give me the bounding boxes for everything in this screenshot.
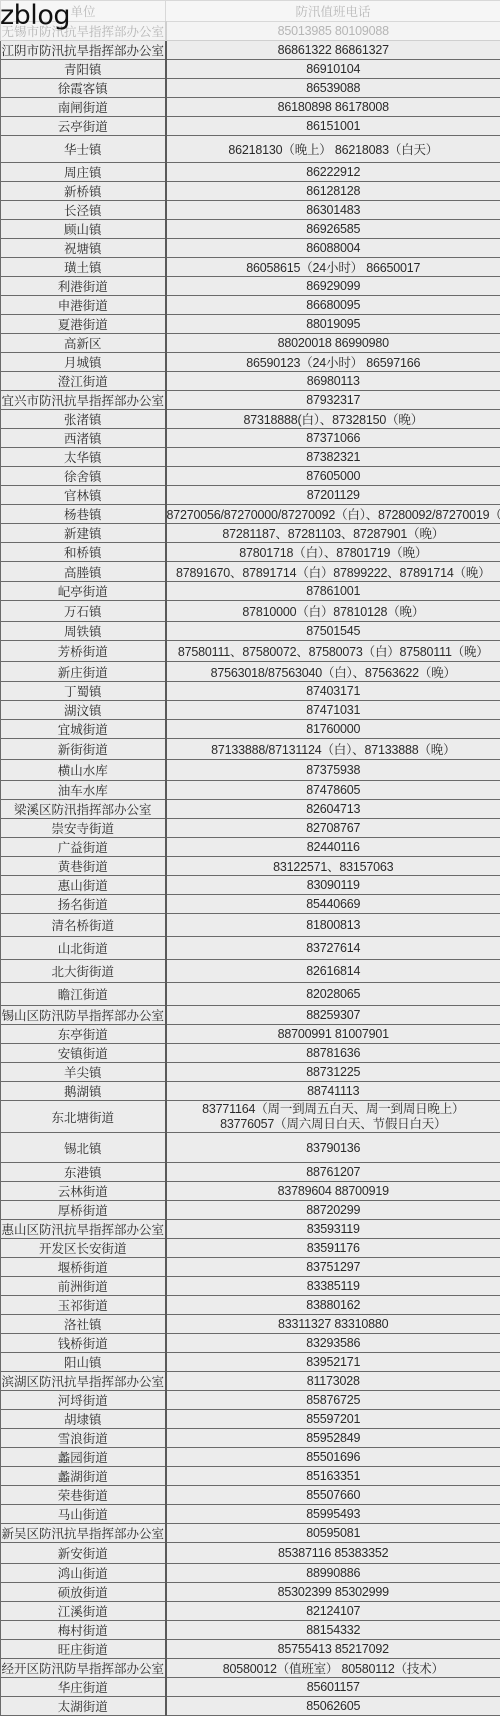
unit-cell: 清名桥街道	[1, 914, 166, 937]
phone-cell: 85995493	[166, 1505, 500, 1524]
phone-cell: 87403171	[166, 682, 500, 701]
table-row: 黄巷街道83122571、83157063	[1, 857, 500, 876]
table-row: 璜土镇86058615（24小时） 86650017	[1, 258, 500, 277]
phone-cell: 85507660	[166, 1486, 500, 1505]
table-row: 宜兴市防汛抗旱指挥部办公室87932317	[1, 391, 500, 410]
table-row: 清名桥街道81800813	[1, 914, 500, 937]
table-row: 惠山街道83090119	[1, 876, 500, 895]
table-row: 梅村街道88154332	[1, 1621, 500, 1640]
column-header-phone: 防汛值班电话	[166, 1, 500, 22]
unit-cell: 蠡湖街道	[1, 1467, 166, 1486]
unit-cell: 开发区长安街道	[1, 1239, 166, 1258]
unit-cell: 新街街道	[1, 739, 166, 760]
table-header-row: 单位 防汛值班电话	[1, 1, 500, 22]
table-row: 丁蜀镇87403171	[1, 682, 500, 701]
unit-cell: 堰桥街道	[1, 1258, 166, 1277]
unit-cell: 钱桥街道	[1, 1334, 166, 1353]
unit-cell: 硕放街道	[1, 1583, 166, 1602]
phone-cell: 87318888(白）、87328150（晚）	[166, 410, 500, 429]
phone-cell: 83385119	[166, 1277, 500, 1296]
table-row: 新吴区防汛抗旱指挥部办公室80595081	[1, 1524, 500, 1543]
unit-cell: 瞻江街道	[1, 983, 166, 1006]
phone-cell: 88731225	[166, 1063, 500, 1082]
phone-cell: 88741113	[166, 1082, 500, 1101]
unit-cell: 宜兴市防汛抗旱指挥部办公室	[1, 391, 166, 410]
unit-cell: 徐霞客镇	[1, 79, 166, 98]
phone-cell: 88761207	[166, 1163, 500, 1182]
phone-cell: 85013985 80109088	[166, 22, 500, 41]
table-row: 张渚镇87318888(白）、87328150（晚）	[1, 410, 500, 429]
unit-cell: 新建镇	[1, 524, 166, 543]
table-row: 华士镇86218130（晚上） 86218083（白天）	[1, 136, 500, 163]
phone-cell: 87501545	[166, 622, 500, 641]
table-row: 徐舍镇87605000	[1, 467, 500, 486]
phone-cell: 82440116	[166, 838, 500, 857]
phone-cell: 88720299	[166, 1201, 500, 1220]
unit-cell: 锡山区防汛防旱指挥部办公室	[1, 1006, 166, 1025]
unit-cell: 周庄镇	[1, 163, 166, 182]
phone-cell: 85302399 85302999	[166, 1583, 500, 1602]
unit-cell: 荣巷街道	[1, 1486, 166, 1505]
phone-cell: 82604713	[166, 800, 500, 819]
phone-cell: 86929099	[166, 277, 500, 296]
phone-cell: 81800813	[166, 914, 500, 937]
table-row: 江阴市防汛抗旱指挥部办公室86861322 86861327	[1, 41, 500, 60]
watermark-logo: zblog	[0, 0, 70, 32]
table-row: 华庄街道85601157	[1, 1678, 500, 1697]
unit-cell: 马山街道	[1, 1505, 166, 1524]
phone-cell: 87861001	[166, 582, 500, 601]
phone-cell: 86058615（24小时） 86650017	[166, 258, 500, 277]
unit-cell: 徐舍镇	[1, 467, 166, 486]
phone-cell: 86180898 86178008	[166, 98, 500, 117]
phone-cell: 85876725	[166, 1391, 500, 1410]
phone-cell: 88259307	[166, 1006, 500, 1025]
unit-cell: 江阴市防汛抗旱指挥部办公室	[1, 41, 166, 60]
unit-cell: 旺庄街道	[1, 1640, 166, 1659]
unit-cell: 安镇街道	[1, 1044, 166, 1063]
table-row: 官林镇87201129	[1, 486, 500, 505]
phone-cell: 88990886	[166, 1564, 500, 1583]
phone-cell: 87891670、87891714（白）87899222、87891714（晚）	[166, 562, 500, 582]
unit-cell: 扬名街道	[1, 895, 166, 914]
table-row: 胡埭镇85597201	[1, 1410, 500, 1429]
unit-cell: 高塍镇	[1, 562, 166, 582]
table-row: 青阳镇86910104	[1, 60, 500, 79]
unit-cell: 月城镇	[1, 353, 166, 372]
table-row: 横山水库87375938	[1, 760, 500, 781]
phone-cell: 83591176	[166, 1239, 500, 1258]
table-row: 经开区防汛防旱指挥部办公室80580012（值班室） 80580112（技术）	[1, 1659, 500, 1678]
unit-cell: 洛社镇	[1, 1315, 166, 1334]
phone-cell: 83593119	[166, 1220, 500, 1239]
table-row: 旺庄街道85755413 85217092	[1, 1640, 500, 1659]
phone-cell: 81173028	[166, 1372, 500, 1391]
table-row: 祝塘镇86088004	[1, 239, 500, 258]
phone-cell: 85952849	[166, 1429, 500, 1448]
phone-cell: 86088004	[166, 239, 500, 258]
unit-cell: 青阳镇	[1, 60, 166, 79]
unit-cell: 夏港街道	[1, 315, 166, 334]
phone-cell: 82028065	[166, 983, 500, 1006]
table-row: 江溪街道82124107	[1, 1602, 500, 1621]
unit-cell: 新安街道	[1, 1543, 166, 1564]
phone-cell: 86910104	[166, 60, 500, 79]
phone-cell: 83880162	[166, 1296, 500, 1315]
unit-cell: 滨湖区防汛抗旱指挥部办公室	[1, 1372, 166, 1391]
phone-cell: 83090119	[166, 876, 500, 895]
unit-cell: 崇安寺街道	[1, 819, 166, 838]
unit-cell: 山北街道	[1, 937, 166, 960]
unit-cell: 宜城街道	[1, 720, 166, 739]
unit-cell: 万石镇	[1, 601, 166, 622]
unit-cell: 蠡园街道	[1, 1448, 166, 1467]
unit-cell: 云林街道	[1, 1182, 166, 1201]
unit-cell: 江溪街道	[1, 1602, 166, 1621]
unit-cell: 羊尖镇	[1, 1063, 166, 1082]
unit-cell: 太湖街道	[1, 1697, 166, 1716]
unit-cell: 广益街道	[1, 838, 166, 857]
phone-cell: 88781636	[166, 1044, 500, 1063]
unit-cell: 梅村街道	[1, 1621, 166, 1640]
phone-cell: 86128128	[166, 182, 500, 201]
table-row: 鸿山街道88990886	[1, 1564, 500, 1583]
unit-cell: 横山水库	[1, 760, 166, 781]
phone-cell: 85163351	[166, 1467, 500, 1486]
unit-cell: 湖汶镇	[1, 701, 166, 720]
table-row: 顾山镇86926585	[1, 220, 500, 239]
phone-cell: 88154332	[166, 1621, 500, 1640]
unit-cell: 经开区防汛防旱指挥部办公室	[1, 1659, 166, 1678]
unit-cell: 雪浪街道	[1, 1429, 166, 1448]
phone-cell: 87375938	[166, 760, 500, 781]
table-row: 荣巷街道85507660	[1, 1486, 500, 1505]
unit-cell: 南闸街道	[1, 98, 166, 117]
table-row: 油车水库87478605	[1, 781, 500, 800]
unit-cell: 玉祁街道	[1, 1296, 166, 1315]
unit-cell: 芳桥街道	[1, 641, 166, 662]
phone-cell: 86218130（晚上） 86218083（白天）	[166, 136, 500, 163]
table-row: 新庄街道87563018/87563040（白）、87563622（晚）	[1, 662, 500, 682]
table-row: 锡北镇83790136	[1, 1133, 500, 1163]
phone-cell: 88019095	[166, 315, 500, 334]
unit-cell: 官林镇	[1, 486, 166, 505]
unit-cell: 璜土镇	[1, 258, 166, 277]
phone-cell: 85755413 85217092	[166, 1640, 500, 1659]
phone-cell: 85601157	[166, 1678, 500, 1697]
unit-cell: 澄江街道	[1, 372, 166, 391]
table-row: 长泾镇86301483	[1, 201, 500, 220]
unit-cell: 东北塘街道	[1, 1101, 166, 1133]
table-row: 万石镇87810000（白）87810128（晚）	[1, 601, 500, 622]
phone-line: 83771164（周一到周五白天、周一到周日晚上）	[167, 1102, 500, 1117]
unit-cell: 周铁镇	[1, 622, 166, 641]
phone-cell: 87605000	[166, 467, 500, 486]
table-row: 南闸街道86180898 86178008	[1, 98, 500, 117]
table-row: 太华镇87382321	[1, 448, 500, 467]
phone-cell: 88020018 86990980	[166, 334, 500, 353]
phone-cell: 87580111、87580072、87580073（白）87580111（晚）	[166, 641, 500, 662]
phone-cell: 83790136	[166, 1133, 500, 1163]
phone-cell: 83952171	[166, 1353, 500, 1372]
unit-cell: 惠山区防汛抗旱指挥部办公室	[1, 1220, 166, 1239]
table-row: 鹅湖镇88741113	[1, 1082, 500, 1101]
phone-cell: 86590123（24小时） 86597166	[166, 353, 500, 372]
phone-cell: 80595081	[166, 1524, 500, 1543]
table-row: 雪浪街道85952849	[1, 1429, 500, 1448]
unit-cell: 厚桥街道	[1, 1201, 166, 1220]
phone-cell: 86222912	[166, 163, 500, 182]
unit-cell: 新桥镇	[1, 182, 166, 201]
unit-cell: 太华镇	[1, 448, 166, 467]
phone-cell: 83727614	[166, 937, 500, 960]
unit-cell: 新庄街道	[1, 662, 166, 682]
phone-cell: 85501696	[166, 1448, 500, 1467]
phone-cell: 87932317	[166, 391, 500, 410]
table-row: 利港街道86929099	[1, 277, 500, 296]
table-row: 崇安寺街道82708767	[1, 819, 500, 838]
phone-cell: 87810000（白）87810128（晚）	[166, 601, 500, 622]
unit-cell: 北大街街道	[1, 960, 166, 983]
phone-cell: 85440669	[166, 895, 500, 914]
unit-cell: 华庄街道	[1, 1678, 166, 1697]
unit-cell: 云亭街道	[1, 117, 166, 136]
unit-cell: 新吴区防汛抗旱指挥部办公室	[1, 1524, 166, 1543]
unit-cell: 梁溪区防汛指挥部办公室	[1, 800, 166, 819]
table-row: 堰桥街道83751297	[1, 1258, 500, 1277]
phone-cell: 83311327 83310880	[166, 1315, 500, 1334]
phone-cell: 87281187、87281103、87287901（晚）	[166, 524, 500, 543]
unit-cell: 顾山镇	[1, 220, 166, 239]
unit-cell: 鹅湖镇	[1, 1082, 166, 1101]
table-row: 蠡湖街道85163351	[1, 1467, 500, 1486]
phone-cell: 87478605	[166, 781, 500, 800]
table-row: 新桥镇86128128	[1, 182, 500, 201]
phone-cell: 87471031	[166, 701, 500, 720]
table-row: 屺亭街道87861001	[1, 582, 500, 601]
phone-cell: 86980113	[166, 372, 500, 391]
table-row: 前洲街道83385119	[1, 1277, 500, 1296]
table-row: 阳山镇83952171	[1, 1353, 500, 1372]
table-row: 玉祁街道83880162	[1, 1296, 500, 1315]
table-row: 湖汶镇87471031	[1, 701, 500, 720]
unit-cell: 屺亭街道	[1, 582, 166, 601]
table-row: 西渚镇87371066	[1, 429, 500, 448]
phone-cell: 87563018/87563040（白）、87563622（晚）	[166, 662, 500, 682]
phone-cell: 81760000	[166, 720, 500, 739]
unit-cell: 祝塘镇	[1, 239, 166, 258]
unit-cell: 丁蜀镇	[1, 682, 166, 701]
table-row: 安镇街道88781636	[1, 1044, 500, 1063]
unit-cell: 西渚镇	[1, 429, 166, 448]
table-row: 云亭街道86151001	[1, 117, 500, 136]
table-row: 东北塘街道83771164（周一到周五白天、周一到周日晚上）83776057（周…	[1, 1101, 500, 1133]
table-row: 蠡园街道85501696	[1, 1448, 500, 1467]
table-row: 马山街道85995493	[1, 1505, 500, 1524]
phone-cell: 82708767	[166, 819, 500, 838]
phone-cell: 87801718（白）、87801719（晚）	[166, 543, 500, 562]
phone-cell: 86539088	[166, 79, 500, 98]
phone-cell: 83789604 88700919	[166, 1182, 500, 1201]
table-row: 和桥镇87801718（白）、87801719（晚）	[1, 543, 500, 562]
phone-cell: 83293586	[166, 1334, 500, 1353]
phone-cell: 87382321	[166, 448, 500, 467]
unit-cell: 惠山街道	[1, 876, 166, 895]
table-row: 云林街道83789604 88700919	[1, 1182, 500, 1201]
table-row: 芳桥街道87580111、87580072、87580073（白）8758011…	[1, 641, 500, 662]
phone-cell: 86926585	[166, 220, 500, 239]
unit-cell: 利港街道	[1, 277, 166, 296]
unit-cell: 阳山镇	[1, 1353, 166, 1372]
phone-cell: 80580012（值班室） 80580112（技术）	[166, 1659, 500, 1678]
unit-cell: 高新区	[1, 334, 166, 353]
phone-cell: 85597201	[166, 1410, 500, 1429]
phone-cell: 83771164（周一到周五白天、周一到周日晚上）83776057（周六周日白天…	[166, 1101, 500, 1133]
table-row: 洛社镇83311327 83310880	[1, 1315, 500, 1334]
unit-cell: 东港镇	[1, 1163, 166, 1182]
table-row: 钱桥街道83293586	[1, 1334, 500, 1353]
phone-cell: 86861322 86861327	[166, 41, 500, 60]
table-row: 新街街道87133888/87131124（白）、87133888（晚）	[1, 739, 500, 760]
unit-cell: 胡埭镇	[1, 1410, 166, 1429]
phone-cell: 82124107	[166, 1602, 500, 1621]
table-row: 杨巷镇87270056/87270000/87270092（白）、8728009…	[1, 505, 500, 524]
phone-cell: 87270056/87270000/87270092（白）、87280092/8…	[166, 505, 500, 524]
table-row: 宜城街道81760000	[1, 720, 500, 739]
table-row: 滨湖区防汛抗旱指挥部办公室81173028	[1, 1372, 500, 1391]
table-row: 锡山区防汛防旱指挥部办公室88259307	[1, 1006, 500, 1025]
table-row: 夏港街道88019095	[1, 315, 500, 334]
phone-cell: 88700991 81007901	[166, 1025, 500, 1044]
phone-cell: 83751297	[166, 1258, 500, 1277]
phone-cell: 87133888/87131124（白）、87133888（晚）	[166, 739, 500, 760]
phone-cell: 82616814	[166, 960, 500, 983]
unit-cell: 张渚镇	[1, 410, 166, 429]
table-row: 开发区长安街道83591176	[1, 1239, 500, 1258]
table-row: 扬名街道85440669	[1, 895, 500, 914]
phone-cell: 86151001	[166, 117, 500, 136]
phone-cell: 85387116 85383352	[166, 1543, 500, 1564]
table-body: 无锡市防汛抗旱指挥部办公室85013985 80109088江阴市防汛抗旱指挥部…	[1, 22, 500, 1716]
table-row: 梁溪区防汛指挥部办公室82604713	[1, 800, 500, 819]
unit-cell: 华士镇	[1, 136, 166, 163]
table-row: 新建镇87281187、87281103、87287901（晚）	[1, 524, 500, 543]
table-row: 山北街道83727614	[1, 937, 500, 960]
unit-cell: 河埒街道	[1, 1391, 166, 1410]
table-row: 河埒街道85876725	[1, 1391, 500, 1410]
table-row: 高新区88020018 86990980	[1, 334, 500, 353]
flood-duty-phone-table: 单位 防汛值班电话 无锡市防汛抗旱指挥部办公室85013985 80109088…	[0, 0, 500, 1716]
unit-cell: 鸿山街道	[1, 1564, 166, 1583]
unit-cell: 东亭街道	[1, 1025, 166, 1044]
phone-cell: 85062605	[166, 1697, 500, 1716]
table-row: 惠山区防汛抗旱指挥部办公室83593119	[1, 1220, 500, 1239]
table-row: 羊尖镇88731225	[1, 1063, 500, 1082]
table-row: 澄江街道86980113	[1, 372, 500, 391]
unit-cell: 长泾镇	[1, 201, 166, 220]
phone-cell: 86301483	[166, 201, 500, 220]
unit-cell: 和桥镇	[1, 543, 166, 562]
table-row: 新安街道85387116 85383352	[1, 1543, 500, 1564]
table-row: 申港街道86680095	[1, 296, 500, 315]
table-row: 瞻江街道82028065	[1, 983, 500, 1006]
unit-cell: 申港街道	[1, 296, 166, 315]
table-row: 硕放街道85302399 85302999	[1, 1583, 500, 1602]
phone-cell: 86680095	[166, 296, 500, 315]
phone-cell: 87201129	[166, 486, 500, 505]
phone-line: 83776057（周六周日白天、节假日白天）	[167, 1117, 500, 1132]
table-row: 高塍镇87891670、87891714（白）87899222、87891714…	[1, 562, 500, 582]
phone-cell: 83122571、83157063	[166, 857, 500, 876]
unit-cell: 前洲街道	[1, 1277, 166, 1296]
table-row: 东亭街道88700991 81007901	[1, 1025, 500, 1044]
unit-cell: 杨巷镇	[1, 505, 166, 524]
table-row: 无锡市防汛抗旱指挥部办公室85013985 80109088	[1, 22, 500, 41]
table-row: 北大街街道82616814	[1, 960, 500, 983]
table-row: 东港镇88761207	[1, 1163, 500, 1182]
table-row: 太湖街道85062605	[1, 1697, 500, 1716]
table-row: 徐霞客镇86539088	[1, 79, 500, 98]
unit-cell: 锡北镇	[1, 1133, 166, 1163]
phone-cell: 87371066	[166, 429, 500, 448]
unit-cell: 黄巷街道	[1, 857, 166, 876]
table-row: 周庄镇86222912	[1, 163, 500, 182]
unit-cell: 油车水库	[1, 781, 166, 800]
table-row: 月城镇86590123（24小时） 86597166	[1, 353, 500, 372]
table-row: 周铁镇87501545	[1, 622, 500, 641]
table-row: 广益街道82440116	[1, 838, 500, 857]
table-row: 厚桥街道88720299	[1, 1201, 500, 1220]
